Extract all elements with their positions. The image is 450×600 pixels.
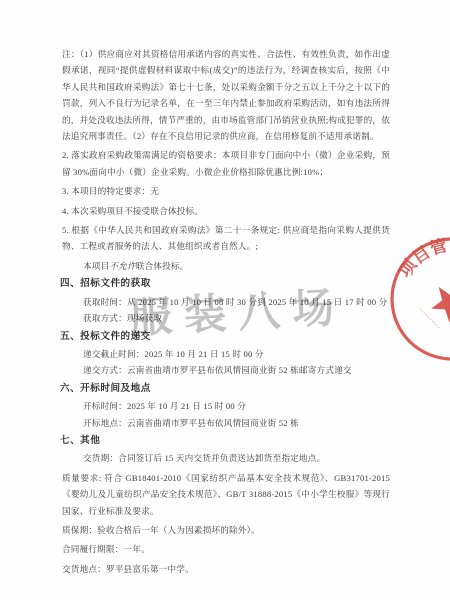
- star-icon: [423, 276, 450, 326]
- stamp-inner-marks: ⋯⋯⋯⋯: [417, 306, 442, 331]
- contract-term-line: 合同履行期限：一年。: [62, 541, 390, 557]
- section-5-heading: 五、投标文件的递交: [60, 329, 390, 345]
- section-5-line-1: 递交截止时间：2025 年 10 月 21 日 15 时 00 分: [62, 346, 390, 362]
- note-paragraph: 注：（1）供应商应对其资格信用承诺内容的真实性、合法性、有效性负责，如作出虚假承…: [62, 46, 390, 144]
- delivery-place-line: 交货地点：罗平县富乐第一中学。: [62, 561, 390, 577]
- section-4-line-2: 获取方式：现场获取: [62, 310, 390, 326]
- list-item-5-note: 本项目不允许联合体投标。: [62, 258, 390, 274]
- stamp-arc-text: 项目管: [391, 230, 450, 285]
- document-body: 注：（1）供应商应对其资格信用承诺内容的真实性、合法性、有效性负责，如作出虚假承…: [62, 46, 390, 577]
- delivery-period-line: 交货期：合同签订后 15 天内交货并负责送达卸货至指定地点。: [62, 450, 390, 466]
- list-item-2: 2. 落实政府采购政策需满足的资格要求：本项目非专门面向中小（微）企业采购，预留…: [62, 147, 390, 180]
- section-6-line-2: 开标地点：云南省曲靖市罗平县布依风情园商业街 52 栋: [62, 415, 390, 431]
- list-item-5: 5. 根据《中华人民共和国政府采购法》第二十一条规定: 供应商是指向采购人提供货…: [62, 222, 390, 255]
- section-4-line-1: 获取时间：从 2025 年 10 月 10 日 08 时 30 分到 2025 …: [62, 294, 390, 310]
- document-page: 注：（1）供应商应对其资格信用承诺内容的真实性、合法性、有效性负责，如作出虚假承…: [0, 0, 450, 600]
- section-5-line-2: 递交方式：云南省曲靖市罗平县布依风情园商业街 52 栋邮寄方式递交: [62, 362, 390, 378]
- section-6-heading: 六、开标时间及地点: [60, 381, 390, 397]
- screenshot-canvas: 注：（1）供应商应对其资格信用承诺内容的真实性、合法性、有效性负责，如作出虚假承…: [0, 0, 450, 600]
- list-item-3: 3. 本项目的特定要求：无: [62, 183, 390, 199]
- item5-note-suffix: 联合体投标。: [136, 261, 189, 271]
- section-7-heading: 七、其他: [60, 433, 390, 449]
- quality-requirement-paragraph: 质量要求: 符合 GB18401-2010《国家纺织产品基本安全技术规范》、GB…: [62, 470, 390, 519]
- item5-note-prefix: 本项目: [83, 261, 109, 271]
- section-6-line-1: 开标时间：2025 年 10 月 21 日 15 时 00 分: [62, 398, 390, 414]
- list-item-4: 4. 本次采购项目不接受联合体投标。: [62, 203, 390, 219]
- warranty-line: 质保期：验收合格后一年（人为因素损坏的除外）。: [62, 522, 390, 538]
- item5-note-emphasis: 不允许: [109, 261, 135, 271]
- section-4-heading: 四、招标文件的获取: [60, 276, 390, 292]
